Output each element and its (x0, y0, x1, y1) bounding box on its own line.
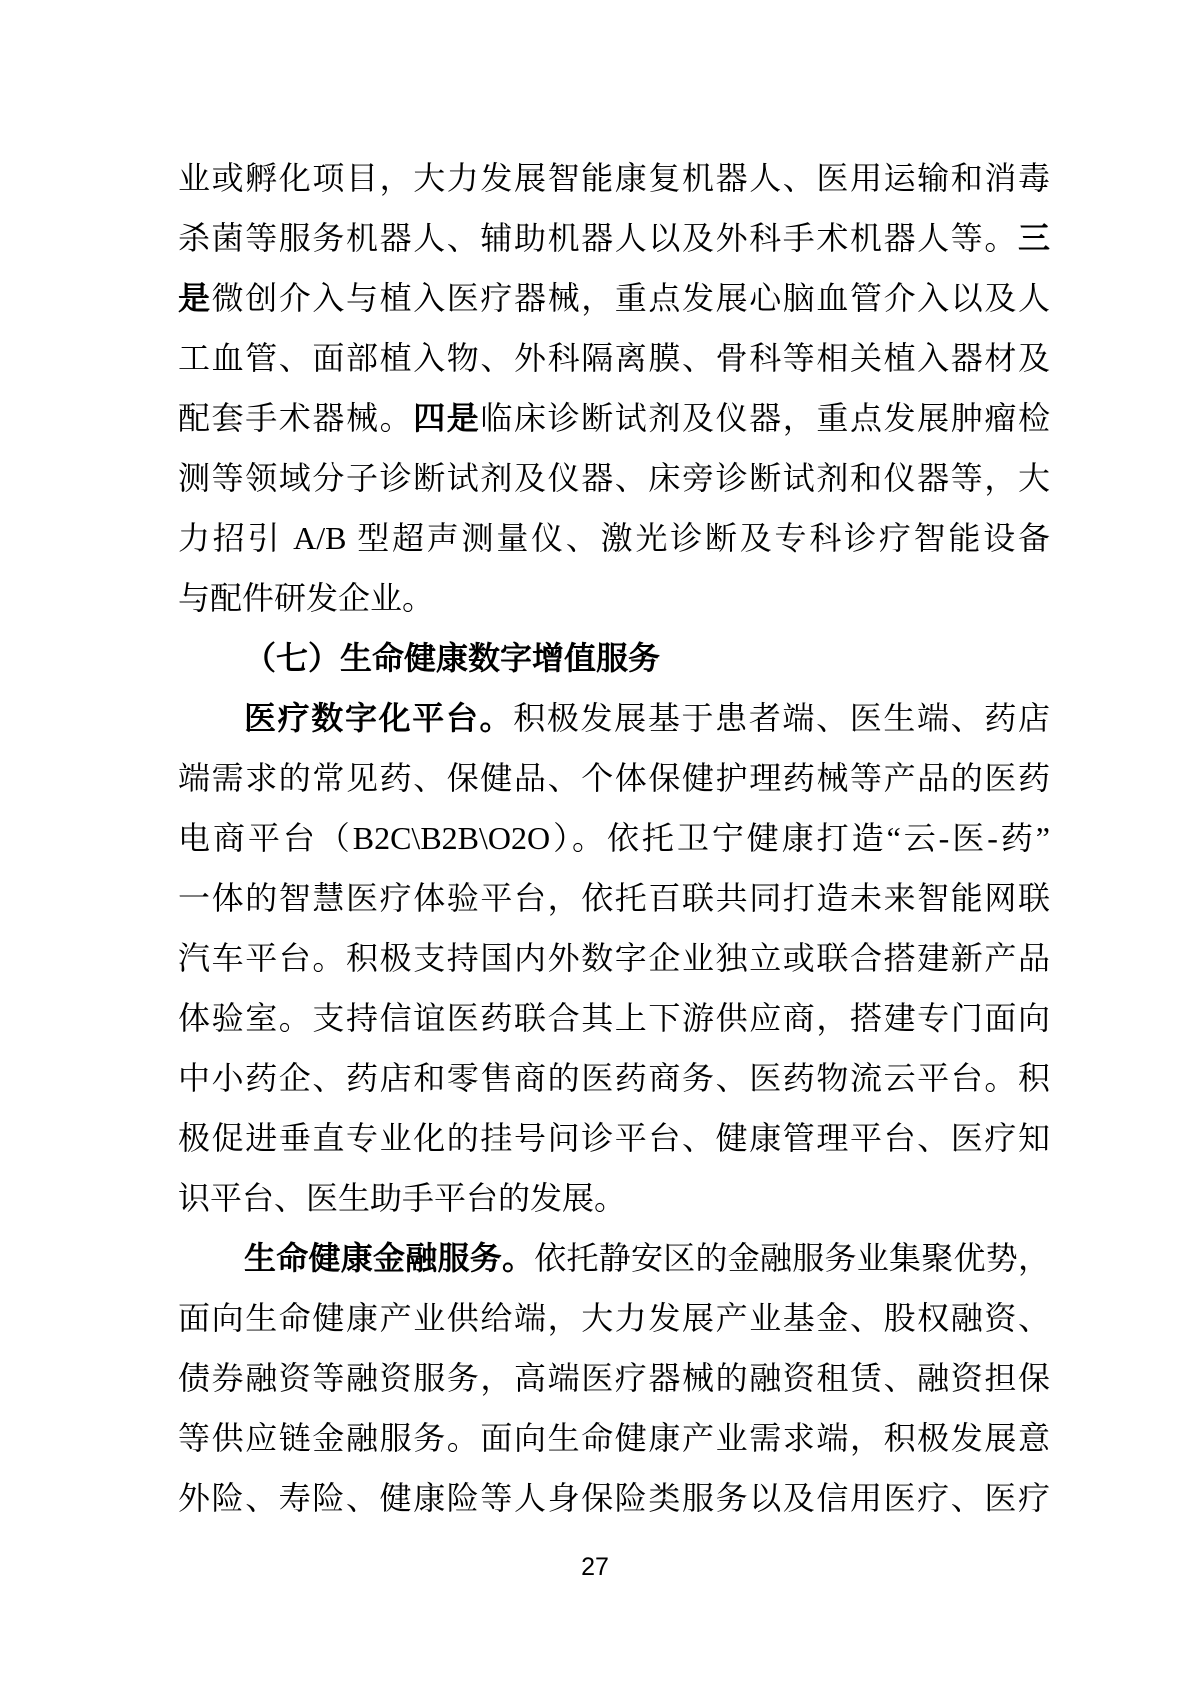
text-run: 业或孵化项目，大力发展智能康复机器人、医用运输和消毒 (178, 160, 1050, 196)
text-line: 测等领域分子诊断试剂及仪器、床旁诊断试剂和仪器等，大 (178, 448, 1050, 508)
bold-text-run: 生命健康金融服务。 (244, 1240, 534, 1276)
text-run: 与配件研发企业。 (178, 580, 434, 616)
text-line: 等供应链金融服务。面向生命健康产业需求端，积极发展意 (178, 1408, 1050, 1468)
text-run: 临床诊断试剂及仪器，重点发展肿瘤检 (480, 400, 1050, 436)
text-line: 业或孵化项目，大力发展智能康复机器人、医用运输和消毒 (178, 148, 1050, 208)
text-line: 是微创介入与植入医疗器械，重点发展心脑血管介入以及人 (178, 268, 1050, 328)
text-run: 汽车平台。积极支持国内外数字企业独立或联合搭建新产品 (178, 940, 1050, 976)
text-run: 体验室。支持信谊医药联合其上下游供应商，搭建专门面向 (178, 1000, 1050, 1036)
section-heading: （七）生命健康数字增值服务 (178, 628, 1050, 688)
text-run: 端需求的常见药、保健品、个体保健护理药械等产品的医药 (178, 760, 1050, 796)
text-line: 杀菌等服务机器人、辅助机器人以及外科手术机器人等。三 (178, 208, 1050, 268)
bold-text-run: 医疗数字化平台。 (244, 700, 513, 736)
page-footer: 27 (0, 1552, 1190, 1582)
text-line: 端需求的常见药、保健品、个体保健护理药械等产品的医药 (178, 748, 1050, 808)
text-run: 等供应链金融服务。面向生命健康产业需求端，积极发展意 (178, 1420, 1050, 1456)
text-run: 中小药企、药店和零售商的医药商务、医药物流云平台。积 (178, 1060, 1050, 1096)
text-run: 依托静安区的金融服务业集聚优势， (534, 1240, 1050, 1276)
text-line: 电商平台（B2C\B2B\O2O）。依托卫宁健康打造“云-医-药” (178, 808, 1050, 868)
bold-text-run: 三 (1018, 220, 1050, 256)
text-run: 外险、寿险、健康险等人身保险类服务以及信用医疗、医疗 (178, 1480, 1050, 1516)
text-run: 一体的智慧医疗体验平台，依托百联共同打造未来智能网联 (178, 880, 1050, 916)
text-run: 面向生命健康产业供给端，大力发展产业基金、股权融资、 (178, 1300, 1050, 1336)
text-run: 债券融资等融资服务，高端医疗器械的融资租赁、融资担保 (178, 1360, 1050, 1396)
page-body: 业或孵化项目，大力发展智能康复机器人、医用运输和消毒杀菌等服务机器人、辅助机器人… (178, 148, 1050, 1528)
text-run: 极促进垂直专业化的挂号问诊平台、健康管理平台、医疗知 (178, 1120, 1050, 1156)
text-run: 配套手术器械。 (178, 400, 413, 436)
text-run: 杀菌等服务机器人、辅助机器人以及外科手术机器人等。 (178, 220, 1018, 256)
text-line: 识平台、医生助手平台的发展。 (178, 1168, 1050, 1228)
text-line: 力招引 A/B 型超声测量仪、激光诊断及专科诊疗智能设备 (178, 508, 1050, 568)
text-run: 力招引 A/B 型超声测量仪、激光诊断及专科诊疗智能设备 (178, 520, 1050, 556)
text-run: 工血管、面部植入物、外科隔离膜、骨科等相关植入器材及 (178, 340, 1050, 376)
text-line: 债券融资等融资服务，高端医疗器械的融资租赁、融资担保 (178, 1348, 1050, 1408)
text-run: 测等领域分子诊断试剂及仪器、床旁诊断试剂和仪器等，大 (178, 460, 1050, 496)
page-number: 27 (581, 1553, 609, 1581)
text-line: 面向生命健康产业供给端，大力发展产业基金、股权融资、 (178, 1288, 1050, 1348)
text-run: 识平台、医生助手平台的发展。 (178, 1180, 626, 1216)
bold-text-run: 是 (178, 280, 212, 316)
text-run: 电商平台（B2C\B2B\O2O）。依托卫宁健康打造“云-医-药” (178, 820, 1050, 856)
text-line: 工血管、面部植入物、外科隔离膜、骨科等相关植入器材及 (178, 328, 1050, 388)
text-line: 一体的智慧医疗体验平台，依托百联共同打造未来智能网联 (178, 868, 1050, 928)
text-line: 医疗数字化平台。积极发展基于患者端、医生端、药店 (178, 688, 1050, 748)
text-line: 配套手术器械。四是临床诊断试剂及仪器，重点发展肿瘤检 (178, 388, 1050, 448)
bold-text-run: 四是 (413, 400, 480, 436)
text-line: 极促进垂直专业化的挂号问诊平台、健康管理平台、医疗知 (178, 1108, 1050, 1168)
text-line: 与配件研发企业。 (178, 568, 1050, 628)
text-line: 生命健康金融服务。依托静安区的金融服务业集聚优势， (178, 1228, 1050, 1288)
text-line: 汽车平台。积极支持国内外数字企业独立或联合搭建新产品 (178, 928, 1050, 988)
text-line: 外险、寿险、健康险等人身保险类服务以及信用医疗、医疗 (178, 1468, 1050, 1528)
text-run: 微创介入与植入医疗器械，重点发展心脑血管介入以及人 (212, 280, 1050, 316)
document-page: 业或孵化项目，大力发展智能康复机器人、医用运输和消毒杀菌等服务机器人、辅助机器人… (0, 0, 1190, 1682)
bold-text-run: （七）生命健康数字增值服务 (244, 640, 660, 676)
text-line: 体验室。支持信谊医药联合其上下游供应商，搭建专门面向 (178, 988, 1050, 1048)
text-run: 积极发展基于患者端、医生端、药店 (513, 700, 1050, 736)
text-line: 中小药企、药店和零售商的医药商务、医药物流云平台。积 (178, 1048, 1050, 1108)
